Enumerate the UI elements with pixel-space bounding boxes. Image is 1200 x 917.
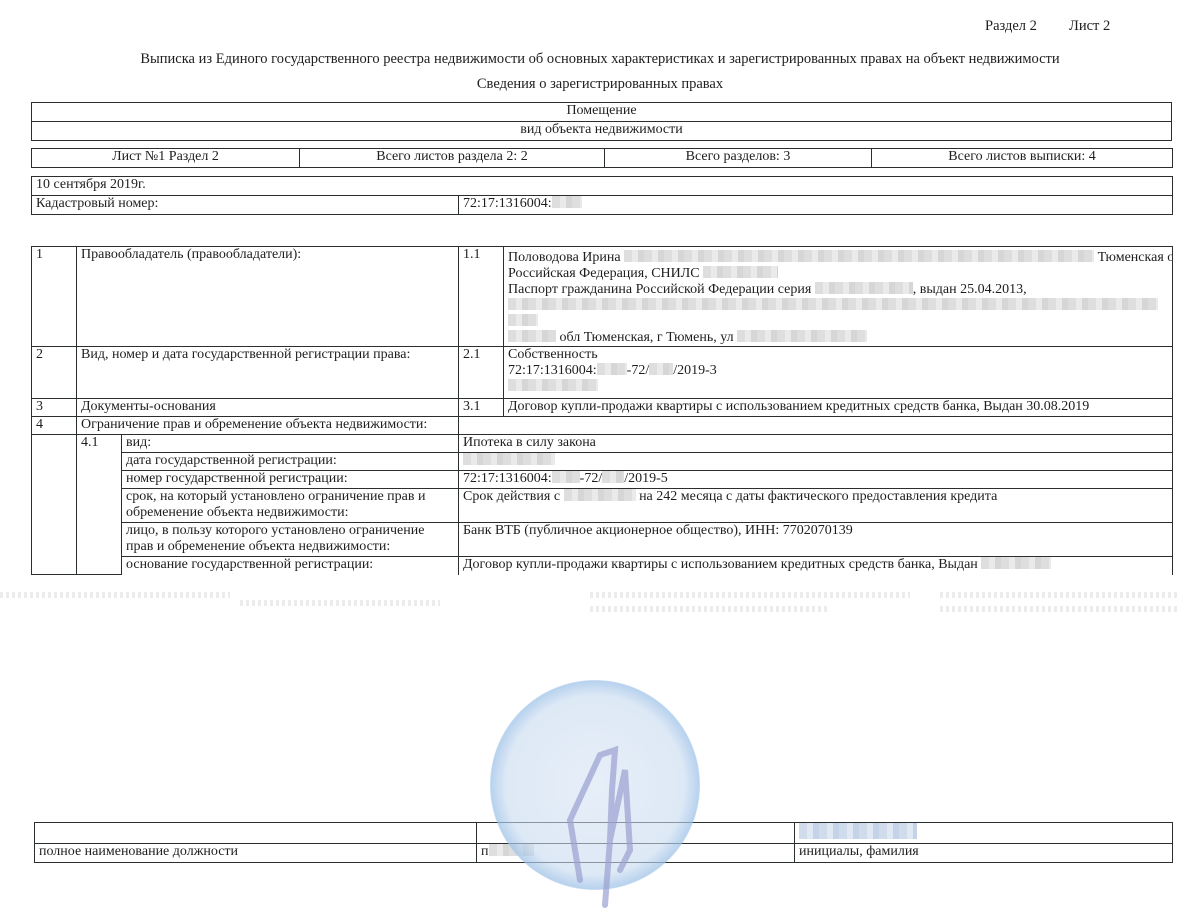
basis-text: Договор купли-продажи квартиры с использ…	[463, 557, 978, 572]
name-caption: инициалы, фамилия	[795, 844, 1173, 863]
encumbrance-value	[459, 453, 1173, 471]
section-sheets-total: Всего листов раздела 2: 2	[300, 149, 605, 168]
row-number: 2	[32, 347, 77, 399]
rightholder-address: обл Тюменская, г Тюмень, ул	[560, 330, 734, 345]
redacted-block	[508, 314, 538, 326]
row-label: Вид, номер и дата государственной регист…	[77, 347, 459, 399]
encumbrance-row: 4.1 вид: Ипотека в силу закона	[32, 435, 1173, 453]
redacted-block	[799, 823, 917, 839]
position-caption: полное наименование должности	[35, 844, 477, 863]
spacer-cell	[32, 435, 77, 575]
rights-table: 1 Правообладатель (правообладатели): 1.1…	[31, 246, 1173, 575]
encumbrance-row: основание государственной регистрации: Д…	[32, 557, 1173, 575]
row-label: Правообладатель (правообладатели):	[77, 247, 459, 347]
encumbrance-value: 72:17:1316004:-72//2019-5	[459, 471, 1173, 489]
page-section-label: Раздел 2	[985, 18, 1037, 35]
empty-cell	[459, 417, 1173, 435]
redacted-block	[981, 557, 1051, 569]
rightholder-snils: Российская Федерация, СНИЛС	[508, 266, 700, 281]
row-number: 4	[32, 417, 77, 435]
redacted-block	[463, 453, 555, 465]
encumbrance-label: лицо, в пользу которого установлено огра…	[122, 523, 459, 557]
bleed-through-print	[240, 600, 440, 606]
redacted-block	[815, 282, 913, 294]
encumbrance-value: Банк ВТБ (публичное акционерное общество…	[459, 523, 1173, 557]
bleed-through-print	[940, 606, 1180, 612]
document-title: Выписка из Единого государственного реес…	[0, 51, 1200, 68]
redacted-block	[552, 471, 580, 483]
cadastral-label: Кадастровый номер:	[32, 196, 459, 215]
redacted-block	[737, 330, 867, 342]
redacted-block	[597, 363, 627, 375]
redacted-block	[508, 379, 598, 391]
redacted-block	[624, 250, 1094, 262]
reg-number-prefix: 72:17:1316004:	[508, 363, 597, 378]
rightholder-region: Тюменская область,	[1098, 250, 1173, 265]
table-row: 1 Правообладатель (правообладатели): 1.1…	[32, 247, 1173, 347]
bleed-through-print	[940, 592, 1180, 598]
handwritten-signature	[560, 730, 650, 910]
encumbrance-row: срок, на который установлено ограничение…	[32, 489, 1173, 523]
signature-caption-initial: п	[481, 844, 489, 859]
reg-number-suffix: /2019-5	[624, 471, 668, 486]
right-registration: Собственность 72:17:1316004:-72//2019-3	[504, 347, 1173, 399]
reg-number-suffix: /2019-3	[673, 363, 717, 378]
redacted-block	[508, 330, 556, 342]
table-row: 4 Ограничение прав и обременение объекта…	[32, 417, 1173, 435]
cadastral-number: 72:17:1316004:	[463, 196, 552, 211]
sheet-info-table: Лист №1 Раздел 2 Всего листов раздела 2:…	[31, 148, 1173, 168]
encumbrance-label: основание государственной регистрации:	[122, 557, 459, 575]
passport-issued: , выдан 25.04.2013,	[913, 282, 1027, 297]
row-subnumber: 3.1	[459, 399, 504, 417]
redacted-block	[508, 298, 1158, 310]
redacted-block	[703, 266, 778, 278]
bleed-through-print	[590, 606, 830, 612]
encumbrance-label: срок, на который установлено ограничение…	[122, 489, 459, 523]
object-type-table: Помещение вид объекта недвижимости	[31, 102, 1172, 141]
bleed-through-print	[0, 592, 230, 598]
sections-total: Всего разделов: 3	[605, 149, 872, 168]
reg-number-mid: -72/	[627, 363, 650, 378]
row-number: 1	[32, 247, 77, 347]
document-subtitle: Сведения о зарегистрированных правах	[0, 76, 1200, 93]
table-row: 2 Вид, номер и дата государственной реги…	[32, 347, 1173, 399]
basis-document: Договор купли-продажи квартиры с использ…	[504, 399, 1173, 417]
page-sheet-label: Лист 2	[1069, 18, 1110, 35]
term-prefix: Срок действия с	[463, 489, 560, 504]
extract-sheets-total: Всего листов выписки: 4	[872, 149, 1173, 168]
bleed-through-print	[590, 592, 910, 598]
row-number: 3	[32, 399, 77, 417]
sheet-section: Лист №1 Раздел 2	[32, 149, 300, 168]
name-value	[795, 823, 1173, 844]
encumbrance-label: вид:	[122, 435, 459, 453]
row-label: Документы-основания	[77, 399, 459, 417]
encumbrance-value: Срок действия с на 242 месяца с даты фак…	[459, 489, 1173, 523]
position-value	[35, 823, 477, 844]
right-kind: Собственность	[508, 347, 1168, 363]
row-label: Ограничение прав и обременение объекта н…	[77, 417, 459, 435]
encumbrance-row: лицо, в пользу которого установлено огра…	[32, 523, 1173, 557]
encumbrance-label: дата государственной регистрации:	[122, 453, 459, 471]
date-cadastral-table: 10 сентября 2019г. Кадастровый номер: 72…	[31, 176, 1173, 215]
row-subnumber: 2.1	[459, 347, 504, 399]
redacted-block	[602, 471, 624, 483]
rightholder-passport: Паспорт гражданина Российской Федерации …	[508, 282, 811, 297]
encumbrance-row: дата государственной регистрации:	[32, 453, 1173, 471]
redacted-block	[564, 489, 636, 501]
encumbrance-value: Ипотека в силу закона	[459, 435, 1173, 453]
rightholder-name: Половодова Ирина	[508, 250, 621, 265]
object-type-value: Помещение	[32, 103, 1172, 122]
term-suffix: на 242 месяца с даты фактического предос…	[639, 489, 997, 504]
object-type-caption: вид объекта недвижимости	[32, 122, 1172, 141]
rightholder-details: Половодова Ирина Тюменская область, Росс…	[504, 247, 1173, 347]
encumbrance-subnumber: 4.1	[77, 435, 122, 575]
redacted-block	[552, 196, 582, 208]
reg-number-prefix: 72:17:1316004:	[463, 471, 552, 486]
encumbrance-label: номер государственной регистрации:	[122, 471, 459, 489]
reg-number-mid: -72/	[580, 471, 603, 486]
encumbrance-value: Договор купли-продажи квартиры с использ…	[459, 557, 1173, 575]
extract-date: 10 сентября 2019г.	[32, 177, 1173, 196]
redacted-block	[649, 363, 673, 375]
encumbrance-row: номер государственной регистрации: 72:17…	[32, 471, 1173, 489]
cadastral-value-cell: 72:17:1316004:	[459, 196, 1173, 215]
row-subnumber: 1.1	[459, 247, 504, 347]
table-row: 3 Документы-основания 3.1 Договор купли-…	[32, 399, 1173, 417]
